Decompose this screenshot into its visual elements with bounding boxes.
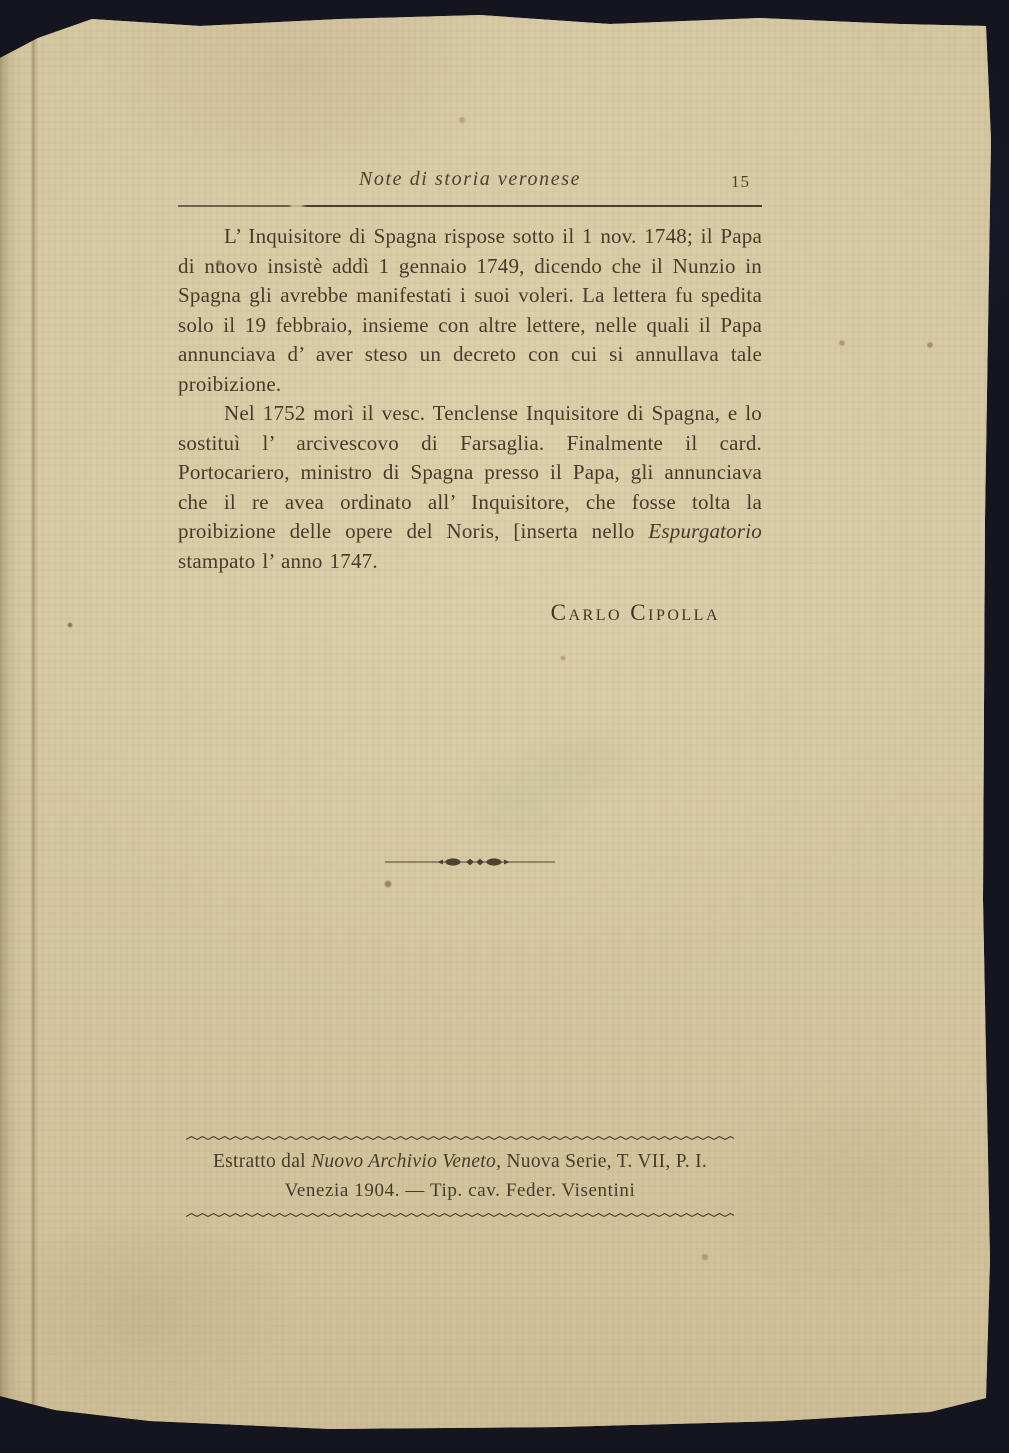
- paragraph-2-text-after: stampato l’ anno 1747.: [178, 549, 378, 573]
- paragraph-1-text: L’ Inquisitore di Spagna rispose sotto i…: [178, 224, 762, 396]
- wavy-rule-bottom: [186, 1211, 734, 1219]
- paragraph-2-italic-title: Espurgatorio: [648, 519, 762, 543]
- imprint-line-1-prefix: Estratto dal: [213, 1151, 311, 1172]
- book-page: Note di storia veronese 15 L’ Inquisitor…: [0, 0, 1009, 1453]
- page-content: Note di storia veronese 15 L’ Inquisitor…: [178, 168, 762, 576]
- imprint-line-1: Estratto dal Nuovo Archivio Veneto, Nuov…: [186, 1151, 734, 1173]
- header-rule: [178, 205, 762, 207]
- running-title: Note di storia veronese: [178, 168, 762, 191]
- imprint-journal-title: Nuovo Archivio Veneto: [311, 1151, 496, 1172]
- scanned-book-photo: Note di storia veronese 15 L’ Inquisitor…: [0, 0, 1009, 1453]
- section-divider-ornament: [385, 855, 555, 867]
- imprint-line-2: Venezia 1904. — Tip. cav. Feder. Visenti…: [186, 1180, 734, 1202]
- author-signature: Carlo Cipolla: [178, 600, 762, 626]
- paragraph-1: L’ Inquisitore di Spagna rispose sotto i…: [178, 222, 762, 399]
- divider-ornament-graphic: [385, 856, 555, 868]
- page-number: 15: [731, 172, 750, 192]
- paragraph-2: Nel 1752 morì il vesc. Tenclense Inquisi…: [178, 399, 762, 576]
- wavy-rule-top: [186, 1134, 734, 1142]
- imprint-line-1-suffix: , Nuova Serie, T. VII, P. I.: [496, 1151, 707, 1172]
- imprint-footer: Estratto dal Nuovo Archivio Veneto, Nuov…: [186, 1134, 734, 1219]
- page-header: Note di storia veronese 15: [178, 168, 762, 198]
